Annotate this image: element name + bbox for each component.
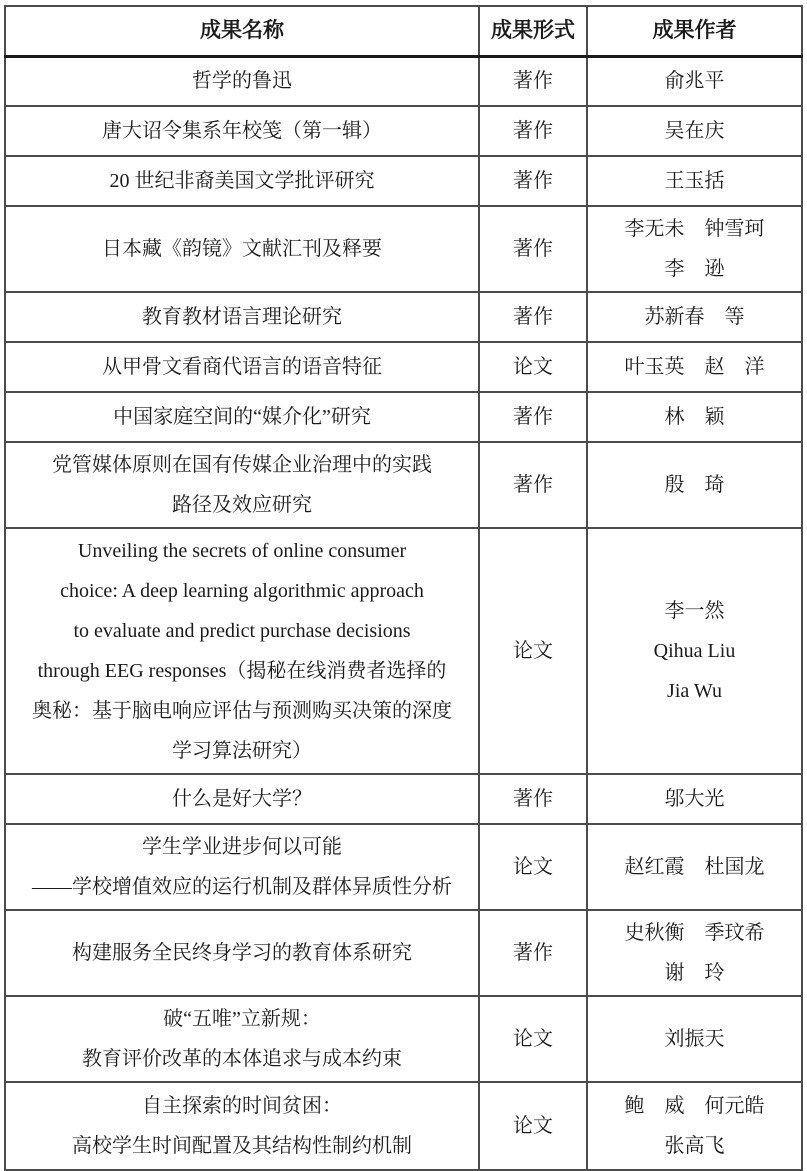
table-row: 20 世纪非裔美国文学批评研究 著作 王玉括 [5,156,802,206]
name-cell: 从甲骨文看商代语言的语音特征 [5,342,479,392]
table-row: 中国家庭空间的“媒介化”研究 著作 林 颖 [5,392,802,442]
table-row: 教育教材语言理论研究 著作 苏新春 等 [5,292,802,342]
table-row: 什么是好大学？ 著作 邬大光 [5,774,802,824]
form-cell: 著作 [479,56,587,106]
author-cell: 吴在庆 [587,106,802,156]
name-cell: 党管媒体原则在国有传媒企业治理中的实践 路径及效应研究 [5,442,479,528]
author-cell: 邬大光 [587,774,802,824]
form-cell: 著作 [479,292,587,342]
table-row: 自主探索的时间贫困： 高校学生时间配置及其结构性制约机制 论文 鲍 威 何元皓 … [5,1082,802,1170]
results-table: 成果名称 成果形式 成果作者 哲学的鲁迅 著作 俞兆平 唐大诏令集系年校笺（第一… [4,5,803,1171]
name-cell: 自主探索的时间贫困： 高校学生时间配置及其结构性制约机制 [5,1082,479,1170]
name-cell: 破“五唯”立新规： 教育评价改革的本体追求与成本约束 [5,996,479,1082]
author-cell: 赵红霞 杜国龙 [587,824,802,910]
table-row: 构建服务全民终身学习的教育体系研究 著作 史秋衡 季玟希 谢 玲 [5,910,802,996]
name-cell: 唐大诏令集系年校笺（第一辑） [5,106,479,156]
table-row: 学生学业进步何以可能 ——学校增值效应的运行机制及群体异质性分析 论文 赵红霞 … [5,824,802,910]
form-cell: 论文 [479,342,587,392]
header-cell-form: 成果形式 [479,6,587,56]
name-cell: Unveiling the secrets of online consumer… [5,528,479,774]
author-cell: 李无未 钟雪珂 李 逊 [587,206,802,292]
form-cell: 著作 [479,392,587,442]
form-cell: 论文 [479,1082,587,1170]
author-cell: 王玉括 [587,156,802,206]
name-cell: 哲学的鲁迅 [5,56,479,106]
form-cell: 著作 [479,156,587,206]
form-cell: 著作 [479,206,587,292]
author-cell: 苏新春 等 [587,292,802,342]
author-cell: 刘振天 [587,996,802,1082]
table-row: 哲学的鲁迅 著作 俞兆平 [5,56,802,106]
form-cell: 论文 [479,528,587,774]
author-cell: 林 颖 [587,392,802,442]
name-cell: 构建服务全民终身学习的教育体系研究 [5,910,479,996]
table-row: 唐大诏令集系年校笺（第一辑） 著作 吴在庆 [5,106,802,156]
form-cell: 著作 [479,774,587,824]
author-cell: 史秋衡 季玟希 谢 玲 [587,910,802,996]
author-cell: 殷 琦 [587,442,802,528]
table-header-row: 成果名称 成果形式 成果作者 [5,6,802,56]
table-row: 破“五唯”立新规： 教育评价改革的本体追求与成本约束 论文 刘振天 [5,996,802,1082]
name-cell: 20 世纪非裔美国文学批评研究 [5,156,479,206]
author-cell: 叶玉英 赵 洋 [587,342,802,392]
author-cell: 俞兆平 [587,56,802,106]
header-cell-name: 成果名称 [5,6,479,56]
table-row: 从甲骨文看商代语言的语音特征 论文 叶玉英 赵 洋 [5,342,802,392]
name-cell: 什么是好大学？ [5,774,479,824]
document-page: 成果名称 成果形式 成果作者 哲学的鲁迅 著作 俞兆平 唐大诏令集系年校笺（第一… [0,0,807,1158]
header-cell-author: 成果作者 [587,6,802,56]
table-row: 日本藏《韵镜》文献汇刊及释要 著作 李无未 钟雪珂 李 逊 [5,206,802,292]
author-cell: 鲍 威 何元皓 张高飞 [587,1082,802,1170]
name-cell: 学生学业进步何以可能 ——学校增值效应的运行机制及群体异质性分析 [5,824,479,910]
name-cell: 中国家庭空间的“媒介化”研究 [5,392,479,442]
form-cell: 著作 [479,442,587,528]
form-cell: 论文 [479,824,587,910]
author-cell: 李一然 Qihua Liu Jia Wu [587,528,802,774]
form-cell: 论文 [479,996,587,1082]
table-row: 党管媒体原则在国有传媒企业治理中的实践 路径及效应研究 著作 殷 琦 [5,442,802,528]
form-cell: 著作 [479,106,587,156]
name-cell: 日本藏《韵镜》文献汇刊及释要 [5,206,479,292]
form-cell: 著作 [479,910,587,996]
table-row: Unveiling the secrets of online consumer… [5,528,802,774]
name-cell: 教育教材语言理论研究 [5,292,479,342]
